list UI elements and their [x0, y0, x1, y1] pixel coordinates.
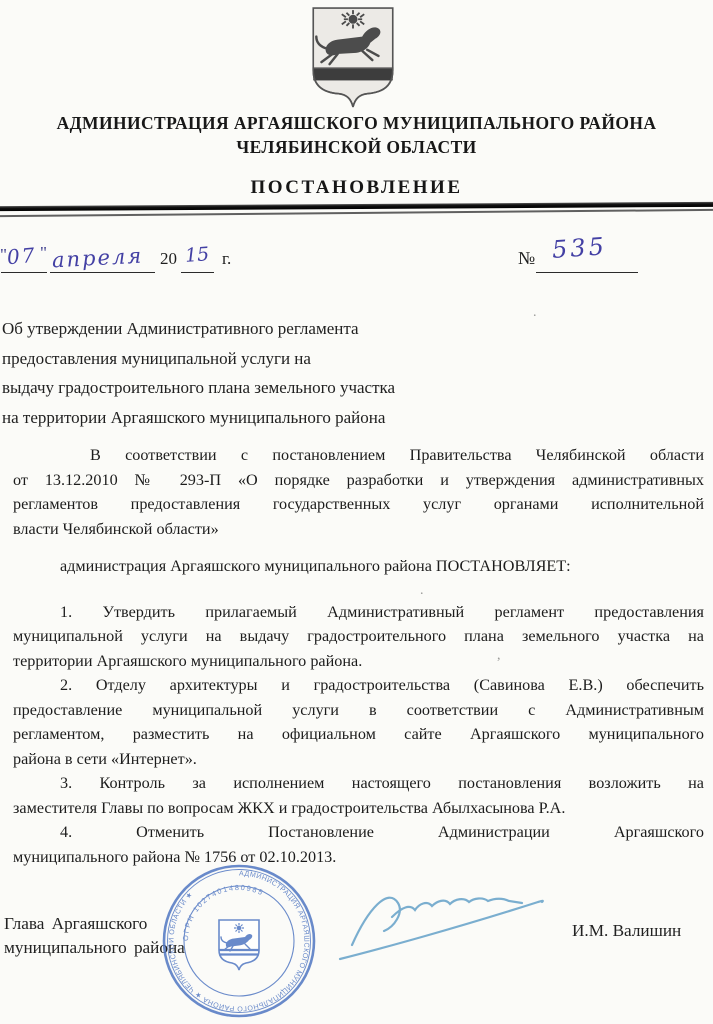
handwritten-month: апреля	[51, 244, 143, 273]
signer-title-line2: муниципального района	[4, 936, 185, 960]
item4-line: муниципального района № 1756 от 02.10.20…	[13, 845, 704, 870]
number-label: №	[518, 248, 535, 269]
item2-line: района в сети «Интернет».	[13, 747, 704, 772]
subject-block: Об утверждении Административного регламе…	[2, 314, 482, 432]
preamble-line: регламентов предоставления государственн…	[13, 492, 704, 517]
subject-line: выдачу градостроительного плана земельно…	[2, 373, 482, 403]
header-rule-thin	[0, 209, 713, 217]
scan-artifact: ,	[497, 648, 501, 664]
scanned-decree-page: АДМИНИСТРАЦИЯ АРГАЯШСКОГО МУНИЦИПАЛЬНОГО…	[0, 0, 713, 1024]
scan-artifact: .	[420, 583, 424, 599]
year-suffix: г.	[222, 249, 231, 269]
year-printed: 20	[160, 249, 177, 269]
number-underline	[536, 272, 638, 273]
org-name-line2: ЧЕЛЯБИНСКОЙ ОБЛАСТИ	[0, 135, 713, 159]
month-underline	[50, 272, 155, 273]
item4-line: 4. Отменить Постановление Администрации …	[13, 820, 704, 845]
close-quote: "	[40, 243, 47, 263]
item1-line: территории Аргаяшского муниципального ра…	[13, 649, 704, 674]
day-underline	[1, 272, 47, 273]
subject-line: Об утверждении Административного регламе…	[2, 314, 482, 344]
scan-artifact: .	[533, 305, 537, 321]
item2-line: регламентом, разместить на официальном с…	[13, 722, 704, 747]
handwritten-year: 15	[184, 243, 210, 267]
handwritten-number: 535	[551, 232, 608, 264]
coat-of-arms-icon	[308, 5, 398, 111]
org-name-line1: АДМИНИСТРАЦИЯ АРГАЯШСКОГО МУНИЦИПАЛЬНОГО…	[0, 111, 713, 135]
item2-line: предоставление муниципальной услуги в со…	[13, 698, 704, 723]
signer-name: И.М. Валишин	[572, 921, 681, 941]
item1-line: 1. Утвердить прилагаемый Административны…	[13, 600, 704, 625]
preamble-line: В соответствии с постановлением Правител…	[13, 443, 704, 468]
year-underline	[181, 272, 214, 273]
item3-line: 3. Контроль за исполнением настоящего по…	[13, 771, 704, 796]
signature-icon	[330, 875, 560, 970]
official-stamp: АДМИНИСТРАЦИЯ АРГАЯШСКОГО МУНИЦИПАЛЬНОГО…	[160, 862, 318, 1020]
subject-line: на территории Аргаяшского муниципального…	[2, 403, 482, 433]
item2-line: 2. Отделу архитектуры и градостроительст…	[13, 673, 704, 698]
preamble-line: от 13.12.2010 № 293-П «О порядке разрабо…	[13, 468, 704, 493]
stamp-shield-icon	[219, 920, 259, 970]
org-header: АДМИНИСТРАЦИЯ АРГАЯШСКОГО МУНИЦИПАЛЬНОГО…	[0, 111, 713, 159]
signer-title: Глава Аргаяшского муниципального района	[4, 912, 185, 959]
item3-line: заместителя Главы по вопросам ЖКХ и град…	[13, 796, 704, 821]
handwritten-day: 07	[6, 243, 37, 269]
item1-line: муниципальной услуги на выдачу градостро…	[13, 624, 704, 649]
preamble-line: власти Челябинской области»	[13, 517, 704, 542]
subject-line: предоставления муниципальной услуги на	[2, 344, 482, 374]
document-type-title: ПОСТАНОВЛЕНИЕ	[0, 177, 713, 199]
resolves-line: администрация Аргаяшского муниципального…	[13, 554, 704, 579]
signer-title-line1: Глава Аргаяшского	[4, 912, 185, 936]
date-number-line: " 07 " апреля 20 15 г. № 535	[0, 242, 713, 288]
body-text: В соответствии с постановлением Правител…	[13, 443, 704, 869]
